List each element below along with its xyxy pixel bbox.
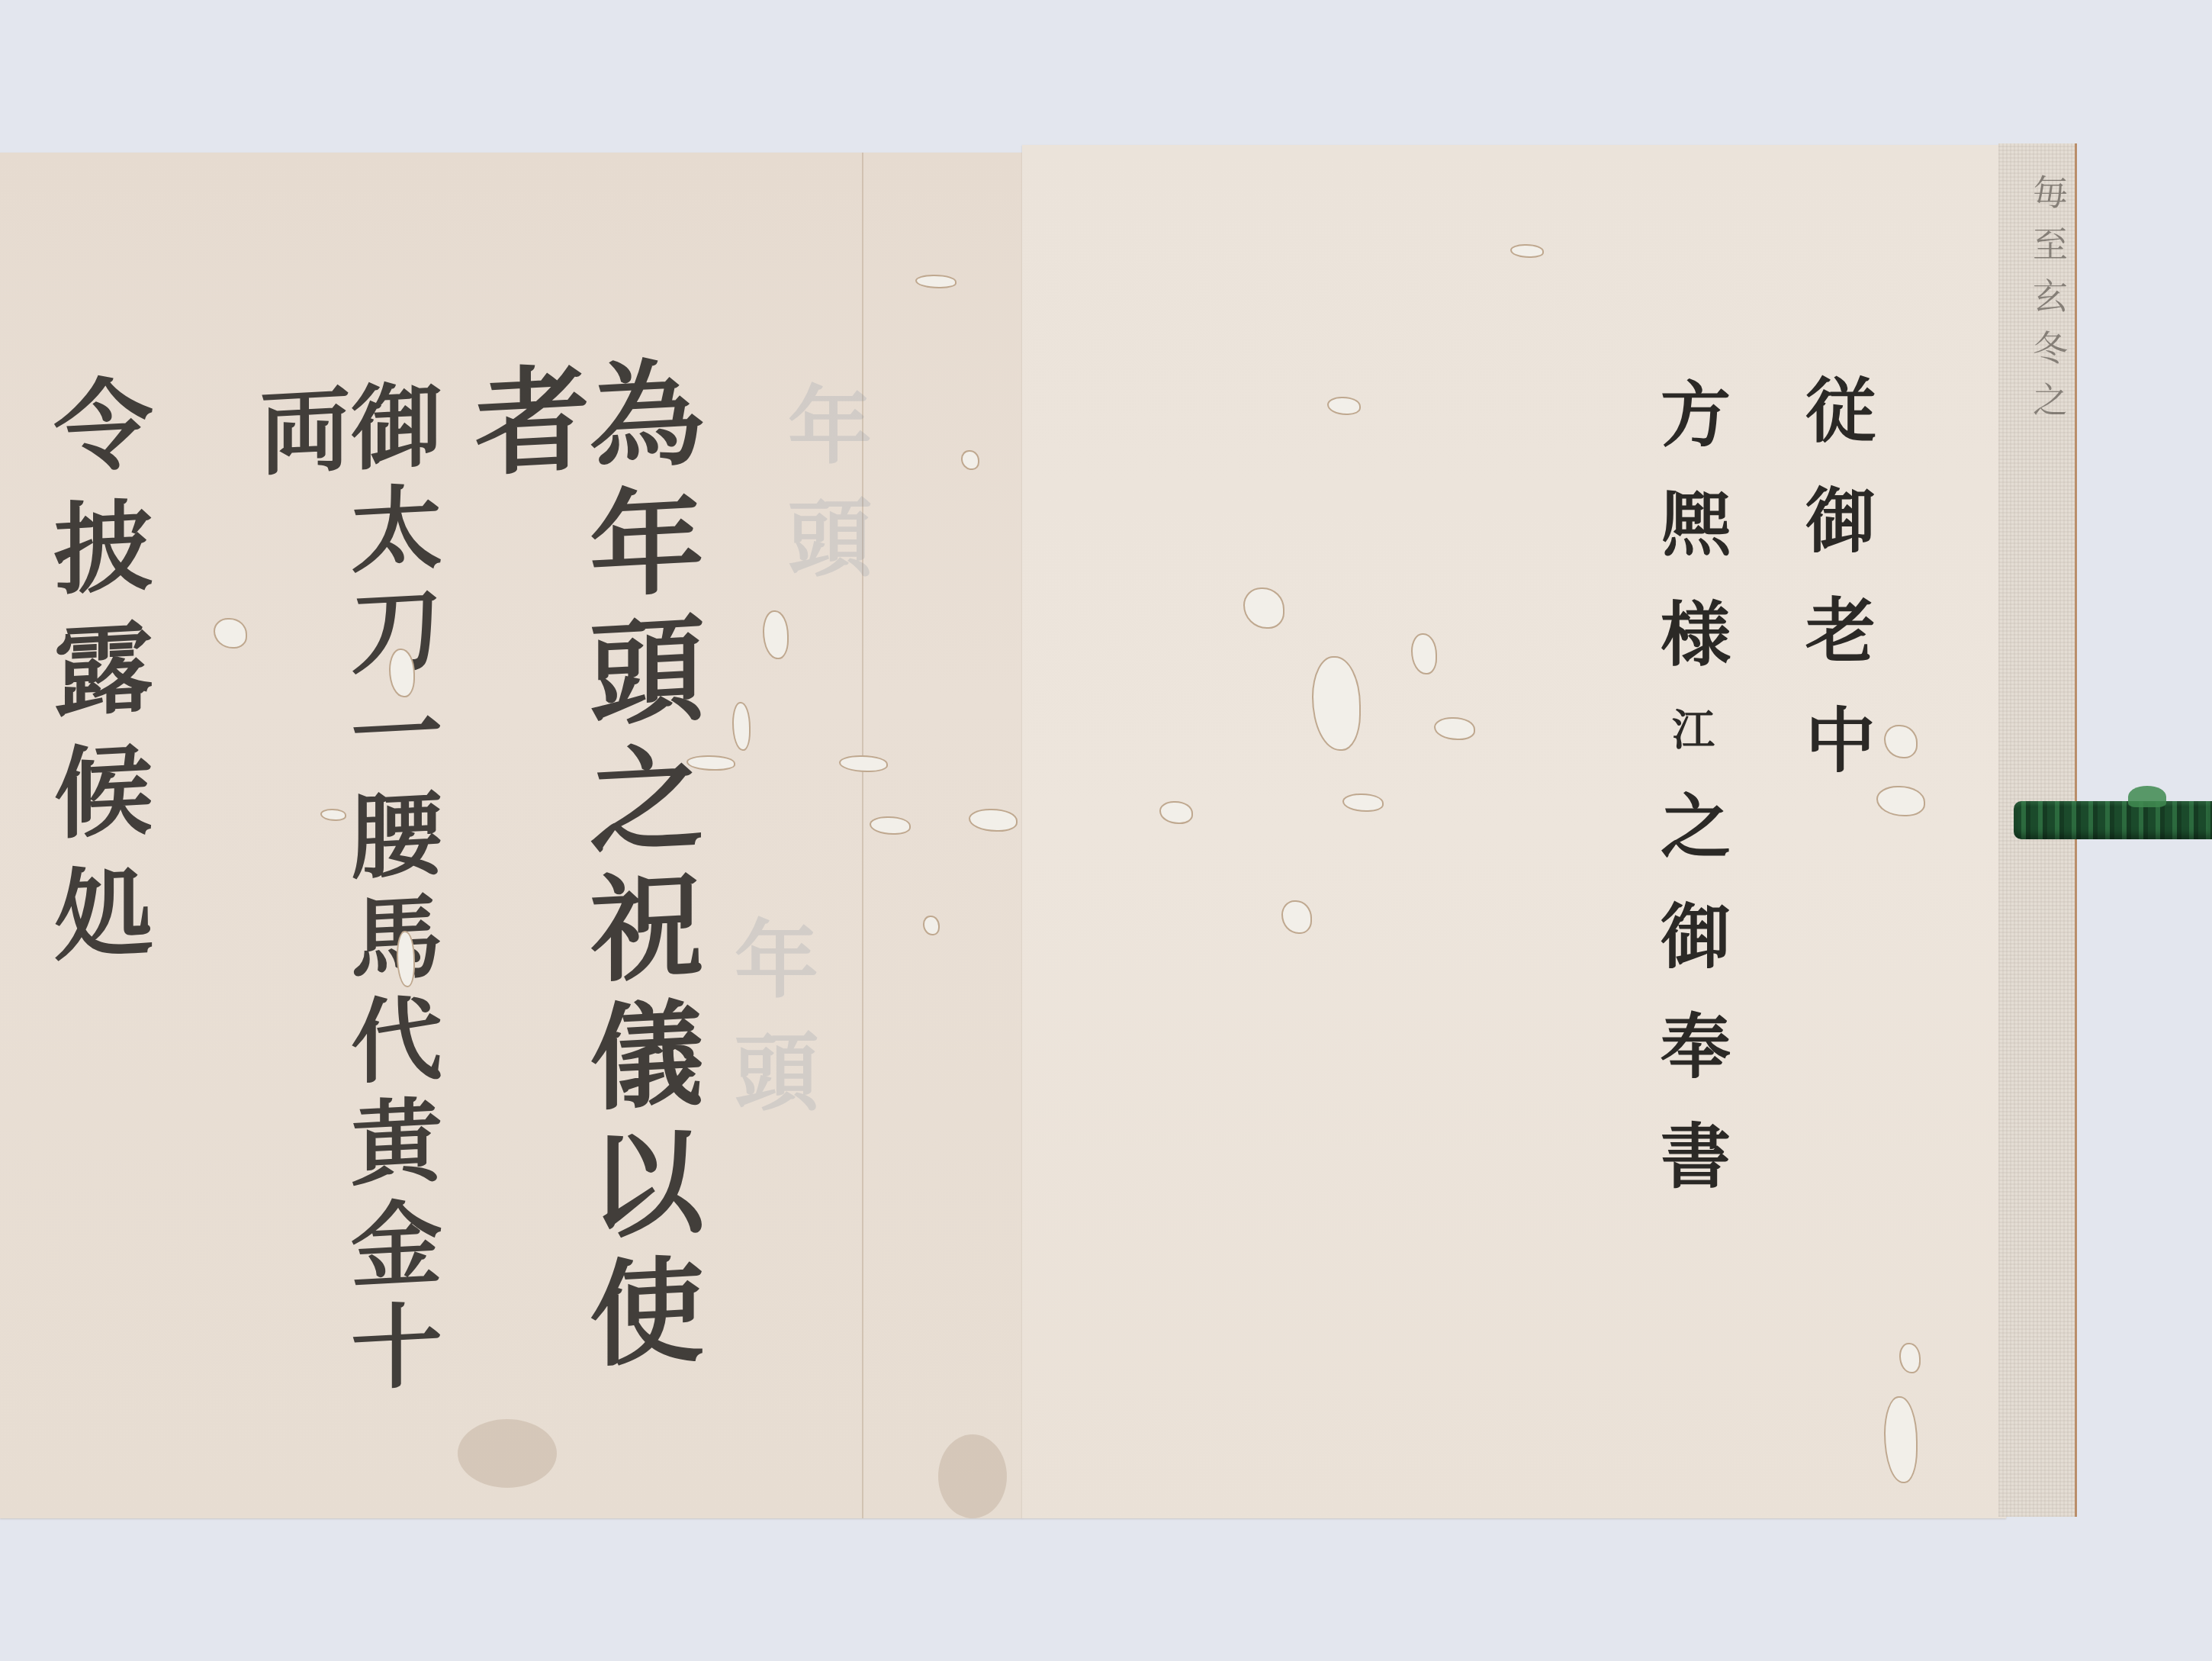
wormhole: [1899, 1343, 1921, 1373]
ghost-ink-offset: 年 頭: [763, 381, 883, 578]
wormhole: [1281, 900, 1312, 934]
wormhole: [1510, 244, 1544, 258]
wormhole: [1243, 587, 1284, 629]
paper-seam: [862, 153, 863, 1518]
scroll-tie-cord: [2014, 801, 2212, 839]
wormhole: [1411, 633, 1437, 674]
wormhole: [923, 916, 940, 935]
wormhole: [969, 809, 1018, 832]
letter-column-1: 為年頭之祝儀以使者: [465, 352, 694, 1471]
wormhole: [1876, 786, 1925, 816]
wormhole: [1159, 801, 1193, 824]
cord-frayed-end: [2128, 786, 2166, 807]
right-paper-sheet: 従御老中 方熈様江之御奉書: [1022, 145, 2006, 1518]
wormhole: [214, 618, 247, 649]
addressee-name: 方熈様: [1649, 378, 1731, 707]
title-column-addressee: 方熈様江之御奉書: [1655, 378, 1725, 1229]
water-stain: [938, 1434, 1007, 1518]
wormhole: [1434, 717, 1475, 740]
wormhole: [1884, 725, 1918, 758]
wormhole: [763, 610, 789, 659]
ghost-ink-offset: 年 頭: [709, 916, 830, 1112]
wormhole: [732, 702, 751, 751]
wormhole: [870, 816, 911, 835]
wormhole: [397, 931, 415, 987]
left-paper-sheet: 年 頭 年 頭 為年頭之祝儀以使者 御太刀一腰馬代黄金十両 令披露候処: [0, 153, 1022, 1518]
wormhole: [1884, 1396, 1918, 1483]
wormhole: [1312, 656, 1361, 751]
wormhole: [961, 450, 979, 470]
handscroll: 年 頭 年 頭 為年頭之祝儀以使者 御太刀一腰馬代黄金十両 令披露候処 従御老中…: [0, 153, 2075, 1518]
title-column-from-roju: 従御老中: [1800, 374, 1870, 813]
particle-e: 江: [1665, 707, 1715, 790]
water-stain: [458, 1419, 557, 1488]
wormhole: [839, 755, 888, 772]
wormhole: [1342, 793, 1384, 812]
wormhole: [915, 275, 956, 288]
document-type: 之御奉書: [1649, 790, 1731, 1229]
spine-print-pattern: 毎至玄冬之: [2006, 174, 2067, 433]
wormhole: [1327, 397, 1361, 415]
letter-column-3: 令披露候処: [46, 372, 145, 1483]
